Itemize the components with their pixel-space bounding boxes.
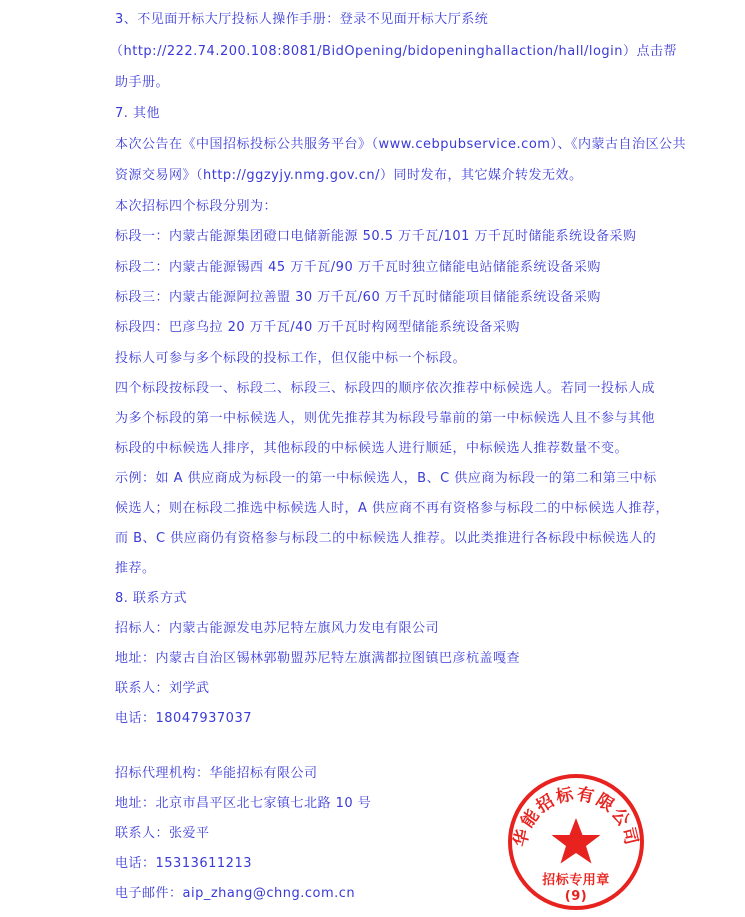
lot-item-4: 标段四：巴彦乌拉 20 万千瓦/40 万千瓦时构网型储能系统设备采购 bbox=[115, 320, 520, 336]
agency-phone: 电话：15313611213 bbox=[115, 856, 252, 872]
publish-line-1: 本次公告在《中国招标投标公共服务平台》（www.cebpubservice.co… bbox=[115, 137, 686, 153]
tenderer-address: 地址：内蒙古自治区锡林郭勒盟苏尼特左旗满都拉图镇巴彦杭盖嘎查 bbox=[115, 651, 520, 667]
rule-line-1: 四个标段按标段一、标段二、标段三、标段四的顺序依次推荐中标候选人。若同一投标人成 bbox=[115, 381, 655, 397]
seal-center-text: 招标专用章 bbox=[542, 872, 610, 888]
example-line-1: 示例：如 A 供应商成为标段一的第一中标候选人，B、C 供应商为标段一的第二和第… bbox=[115, 471, 657, 487]
section8-heading: 8. 联系方式 bbox=[115, 591, 187, 607]
seal-graphic: 华能招标有限公司 招标专用章 (9) bbox=[506, 772, 646, 912]
agency-address: 地址：北京市昌平区北七家镇七北路 10 号 bbox=[115, 796, 371, 812]
company-seal: 华能招标有限公司 招标专用章 (9) bbox=[506, 772, 646, 912]
section3-login-url-line[interactable]: （http://222.74.200.108:8081/BidOpening/b… bbox=[110, 44, 677, 60]
example-line-3: 而 B、C 供应商仍有资格参与标段二的中标候选人推荐。以此类推进行各标段中标候选… bbox=[115, 531, 656, 547]
lot-item-1: 标段一：内蒙古能源集团磴口电储新能源 50.5 万千瓦/101 万千瓦时储能系统… bbox=[115, 229, 637, 245]
agency-contact: 联系人：张爱平 bbox=[115, 826, 210, 842]
rule-line-3: 标段的中标候选人排序，其他标段的中标候选人进行顺延，中标候选人推荐数量不变。 bbox=[115, 441, 628, 457]
tenderer-name: 招标人：内蒙古能源发电苏尼特左旗风力发电有限公司 bbox=[115, 621, 439, 637]
tenderer-contact: 联系人：刘学武 bbox=[115, 681, 210, 697]
section3-line1: 3、不见面开标大厅投标人操作手册：登录不见面开标大厅系统 bbox=[115, 12, 488, 28]
example-line-4: 推荐。 bbox=[115, 561, 156, 577]
agency-email[interactable]: 电子邮件：aip_zhang@chng.com.cn bbox=[115, 886, 355, 902]
agency-name: 招标代理机构：华能招标有限公司 bbox=[115, 766, 318, 782]
section7-heading: 7. 其他 bbox=[115, 106, 160, 122]
seal-number: (9) bbox=[565, 889, 587, 904]
publish-line-2: 资源交易网》（http://ggzyjy.nmg.gov.cn/）同时发布，其它… bbox=[115, 168, 583, 184]
tenderer-phone: 电话：18047937037 bbox=[115, 711, 252, 727]
example-line-2: 候选人；则在标段二推选中标候选人时，A 供应商不再有资格参与标段二的中标候选人推… bbox=[115, 501, 669, 517]
star-icon bbox=[552, 818, 601, 864]
multi-bid-note: 投标人可参与多个标段的投标工作，但仅能中标一个标段。 bbox=[115, 351, 466, 367]
section3-line3: 助手册。 bbox=[115, 75, 169, 91]
lot-item-3: 标段三：内蒙古能源阿拉善盟 30 万千瓦/60 万千瓦时储能项目储能系统设备采购 bbox=[115, 290, 601, 306]
rule-line-2: 为多个标段的第一中标候选人，则优先推荐其为标段号靠前的第一中标候选人且不参与其他 bbox=[115, 411, 655, 427]
lots-intro: 本次招标四个标段分别为： bbox=[115, 199, 277, 215]
lot-item-2: 标段二：内蒙古能源锡西 45 万千瓦/90 万千瓦时独立储能电站储能系统设备采购 bbox=[115, 260, 601, 276]
